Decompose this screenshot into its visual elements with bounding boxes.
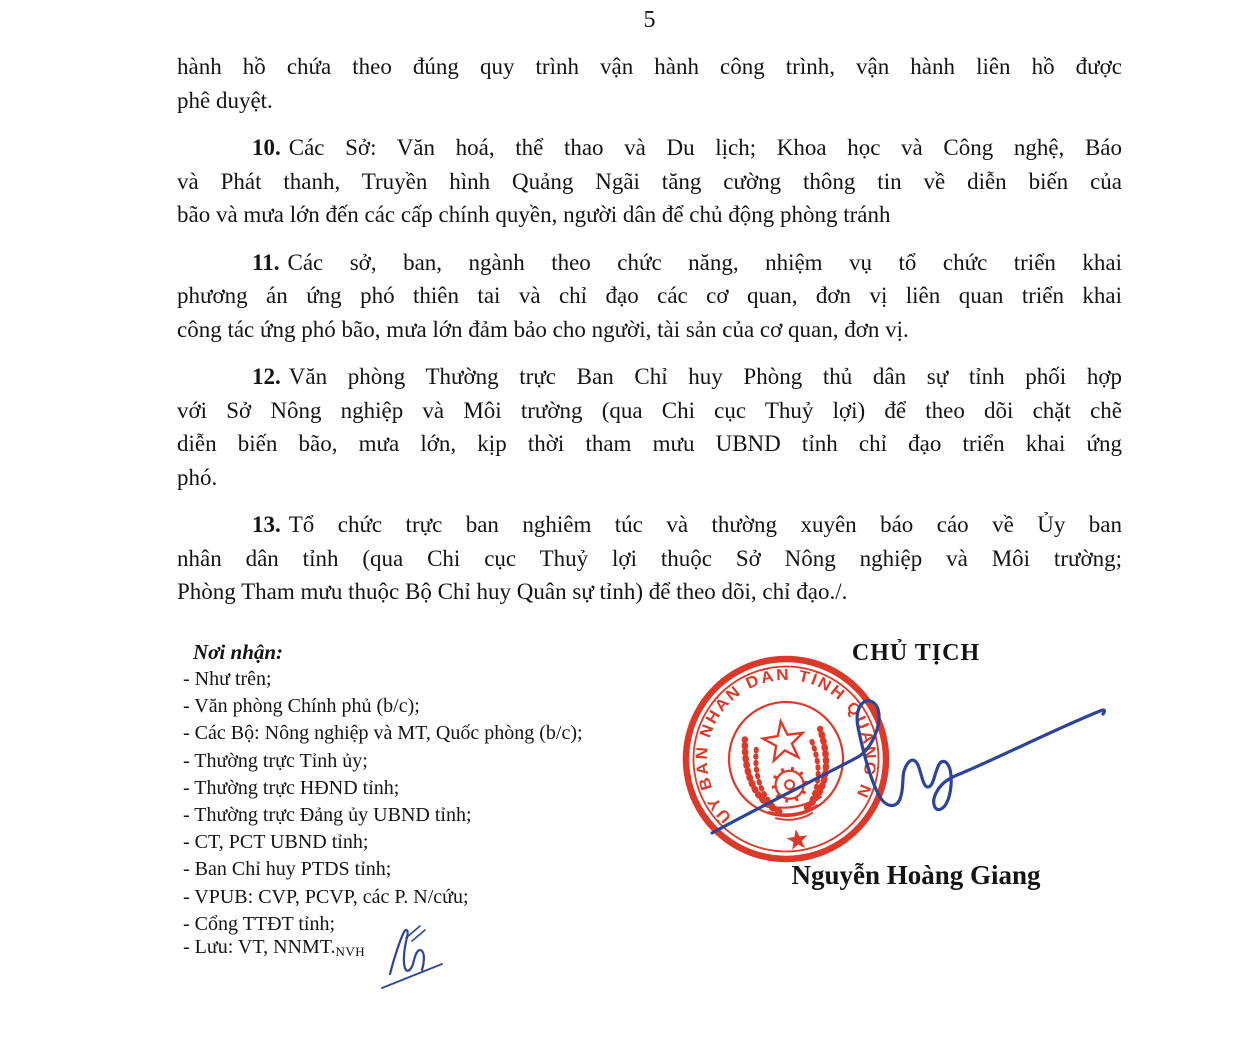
- paragraph-text: nhân dân tỉnh (qua Chi cục Thuỷ lợi thuộ…: [177, 546, 1122, 571]
- paragraph-11: 11.Các sở, ban, ngành theo chức năng, nh…: [177, 246, 1122, 347]
- recipient-item: - VPUB: CVP, PCVP, các P. N/cứu;: [183, 884, 583, 911]
- paragraph-number: 12.: [252, 364, 289, 389]
- recipient-item: - Thường trực Đảng ủy UBND tỉnh;: [183, 802, 583, 829]
- paragraph-text: phó.: [177, 465, 217, 490]
- paragraph-13: 13.Tổ chức trực ban nghiêm túc và thường…: [177, 508, 1122, 609]
- recipient-item-luu: - Lưu: VT, NNMT.NVH: [183, 934, 365, 962]
- paragraph-text: Các sở, ban, ngành theo chức năng, nhiệm…: [287, 250, 1122, 275]
- paragraph-number: 10.: [252, 135, 289, 160]
- recipient-item: - Ban Chỉ huy PTDS tỉnh;: [183, 856, 583, 883]
- page-number: 5: [177, 5, 1122, 35]
- paragraph-text: phê duyệt.: [177, 88, 273, 113]
- recipient-item: - Các Bộ: Nông nghiệp và MT, Quốc phòng …: [183, 720, 583, 747]
- paragraph-text: Văn phòng Thường trực Ban Chỉ huy Phòng …: [289, 364, 1122, 389]
- paragraph-continuation: hành hồ chứa theo đúng quy trình vận hàn…: [177, 50, 1122, 117]
- paragraph-text: Tổ chức trực ban nghiêm túc và thường xu…: [289, 512, 1122, 537]
- paragraph-text: hành hồ chứa theo đúng quy trình vận hàn…: [177, 54, 1122, 79]
- recipients-label: Nơi nhận:: [193, 640, 283, 665]
- paragraph-text: công tác ứng phó bão, mưa lớn đảm bảo ch…: [177, 317, 909, 342]
- clerk-initials-subscript: NVH: [336, 944, 366, 959]
- recipients-list: - Như trên;- Văn phòng Chính phủ (b/c);-…: [183, 666, 583, 938]
- paragraph-text: diễn biến bão, mưa lớn, kịp thời tham mư…: [177, 431, 1122, 456]
- recipient-item: - Thường trực Tỉnh ủy;: [183, 748, 583, 775]
- recipient-item: - Thường trực HĐND tỉnh;: [183, 775, 583, 802]
- document-page: { "page": { "number": "5" }, "content": …: [0, 0, 1241, 1061]
- recipient-item: - CT, PCT UBND tỉnh;: [183, 829, 583, 856]
- paragraph-text: với Sở Nông nghiệp và Môi trường (qua Ch…: [177, 398, 1122, 423]
- signer-name: Nguyễn Hoàng Giang: [756, 860, 1076, 891]
- paragraph-number: 11.: [252, 250, 287, 275]
- paragraph-text: bão và mưa lớn đến các cấp chính quyền, …: [177, 202, 891, 227]
- paragraph-number: 13.: [252, 512, 289, 537]
- paragraph-12: 12.Văn phòng Thường trực Ban Chỉ huy Phò…: [177, 360, 1122, 494]
- clerk-initials-ink: [376, 924, 460, 996]
- signature-ink: [690, 685, 1110, 855]
- recipient-item: - Như trên;: [183, 666, 583, 693]
- body-text: hành hồ chứa theo đúng quy trình vận hàn…: [177, 50, 1122, 623]
- paragraph-10: 10.Các Sở: Văn hoá, thể thao và Du lịch;…: [177, 131, 1122, 232]
- recipient-item: - Văn phòng Chính phủ (b/c);: [183, 693, 583, 720]
- paragraph-text: Phòng Tham mưu thuộc Bộ Chỉ huy Quân sự …: [177, 579, 847, 604]
- paragraph-text: phương án ứng phó thiên tai và chỉ đạo c…: [177, 283, 1122, 308]
- paragraph-text: và Phát thanh, Truyền hình Quảng Ngãi tă…: [177, 169, 1122, 194]
- paragraph-text: Các Sở: Văn hoá, thể thao và Du lịch; Kh…: [289, 135, 1122, 160]
